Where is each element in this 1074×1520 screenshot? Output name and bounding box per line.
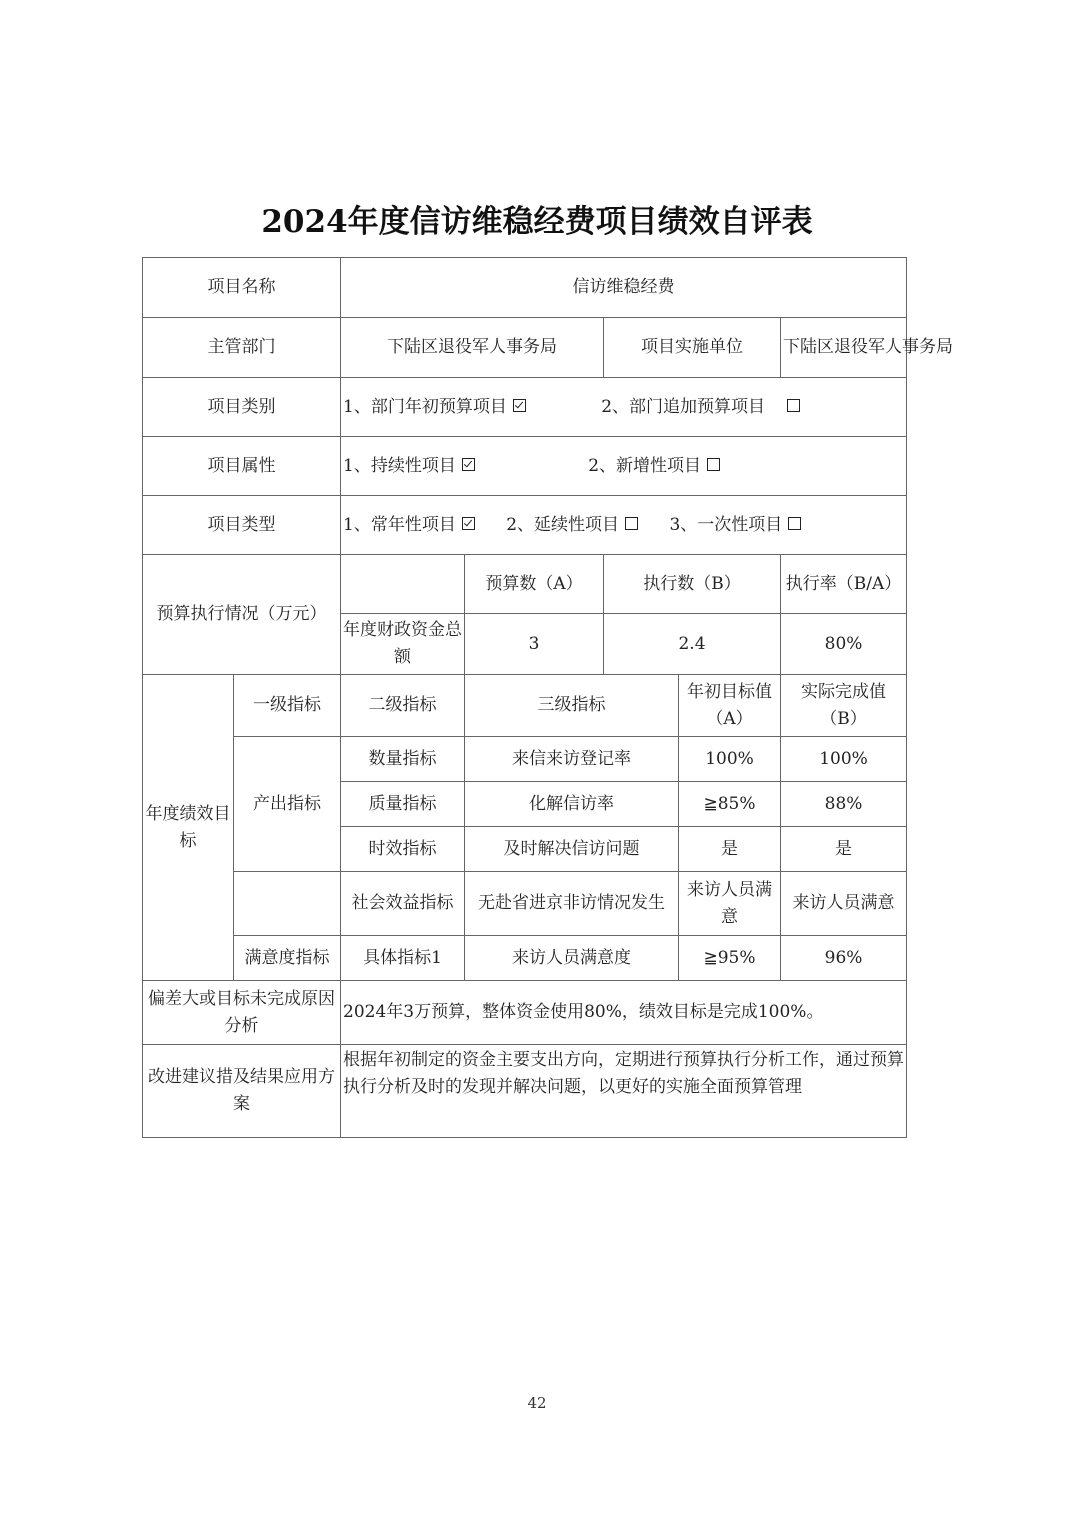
satisfaction-level3: 来访人员满意度 <box>465 936 679 981</box>
checkbox-checked-icon[interactable] <box>462 458 475 471</box>
perf-target: 是 <box>679 827 781 872</box>
perf-header-level1: 一级指标 <box>234 675 341 737</box>
perf-level3: 无赴省进京非访情况发生 <box>465 872 679 936</box>
project-name-value: 信访维稳经费 <box>341 258 907 318</box>
attribute-options: 1、持续性项目 2、新增性项目 <box>341 437 907 496</box>
checkbox-empty-icon[interactable] <box>625 517 638 530</box>
output-indicator-label: 产出指标 <box>234 737 341 872</box>
row-attribute: 项目属性 1、持续性项目 2、新增性项目 <box>143 437 907 496</box>
satisfaction-target: ≧95% <box>679 936 781 981</box>
perf-level2: 质量指标 <box>341 782 465 827</box>
budget-rate-value: 80% <box>781 614 907 675</box>
type-options: 1、常年性项目 2、延续性项目 3、一次性项目 <box>341 496 907 555</box>
page-title: 2024年度信访维稳经费项目绩效自评表 <box>0 196 1074 241</box>
perf-level2: 社会效益指标 <box>341 872 465 936</box>
perf-level2: 时效指标 <box>341 827 465 872</box>
budget-a-value: 3 <box>465 614 604 675</box>
perf-target: ≧85% <box>679 782 781 827</box>
performance-label: 年度绩效目标 <box>143 675 234 981</box>
perf-header-level3: 三级指标 <box>465 675 679 737</box>
type-option-1[interactable]: 1、常年性项目 <box>343 512 475 539</box>
improvement-label: 改进建议措及结果应用方案 <box>143 1045 341 1138</box>
perf-level3: 化解信访率 <box>465 782 679 827</box>
category-option-1[interactable]: 1、部门年初预算项目 <box>343 394 526 421</box>
satisfaction-level1: 满意度指标 <box>234 936 341 981</box>
checkbox-empty-icon[interactable] <box>787 399 800 412</box>
perf-level3: 来信来访登记率 <box>465 737 679 782</box>
row-improvement: 改进建议措及结果应用方案 根据年初制定的资金主要支出方向，定期进行预算执行分析工… <box>143 1045 907 1138</box>
checkbox-checked-icon[interactable] <box>462 517 475 530</box>
row-budget-header: 预算执行情况（万元） 预算数（A） 执行数（B） 执行率（B/A） <box>143 555 907 614</box>
satisfaction-level2: 具体指标1 <box>341 936 465 981</box>
type-option-2[interactable]: 2、延续性项目 <box>506 512 638 539</box>
perf-actual: 100% <box>781 737 907 782</box>
attribute-option-1[interactable]: 1、持续性项目 <box>343 453 475 480</box>
category-label: 项目类别 <box>143 378 341 437</box>
satisfaction-actual: 96% <box>781 936 907 981</box>
type-option-3[interactable]: 3、一次性项目 <box>669 512 801 539</box>
department-label: 主管部门 <box>143 318 341 378</box>
budget-header-rate: 执行率（B/A） <box>781 555 907 614</box>
deviation-value: 2024年3万预算，整体资金使用80%，绩效目标是完成100%。 <box>341 981 907 1045</box>
option-label: 3、一次性项目 <box>669 515 782 535</box>
budget-label: 预算执行情况（万元） <box>143 555 341 675</box>
budget-row-label: 年度财政资金总额 <box>341 614 465 675</box>
option-label: 2、新增性项目 <box>588 456 701 476</box>
option-label: 1、持续性项目 <box>343 456 456 476</box>
deviation-label: 偏差大或目标未完成原因分析 <box>143 981 341 1045</box>
impl-unit-value: 下陆区退役军人事务局 <box>781 318 907 378</box>
type-label: 项目类型 <box>143 496 341 555</box>
attribute-option-2[interactable]: 2、新增性项目 <box>588 453 720 480</box>
perf-actual: 是 <box>781 827 907 872</box>
row-category: 项目类别 1、部门年初预算项目 2、部门追加预算项目 <box>143 378 907 437</box>
budget-header-b: 执行数（B） <box>604 555 781 614</box>
checkbox-empty-icon[interactable] <box>788 517 801 530</box>
perf-row-satisfaction: 满意度指标 具体指标1 来访人员满意度 ≧95% 96% <box>143 936 907 981</box>
option-label: 2、延续性项目 <box>506 515 619 535</box>
perf-row: 产出指标 数量指标 来信来访登记率 100% 100% <box>143 737 907 782</box>
budget-b-value: 2.4 <box>604 614 781 675</box>
budget-empty-cell <box>341 555 465 614</box>
checkbox-empty-icon[interactable] <box>707 458 720 471</box>
department-value: 下陆区退役军人事务局 <box>341 318 604 378</box>
project-name-label: 项目名称 <box>143 258 341 318</box>
row-performance-header: 年度绩效目标 一级指标 二级指标 三级指标 年初目标值（A） 实际完成值（B） <box>143 675 907 737</box>
budget-header-a: 预算数（A） <box>465 555 604 614</box>
perf-target: 来访人员满意 <box>679 872 781 936</box>
self-evaluation-table: 项目名称 信访维稳经费 主管部门 下陆区退役军人事务局 项目实施单位 下陆区退役… <box>142 257 907 1138</box>
improvement-value: 根据年初制定的资金主要支出方向，定期进行预算执行分析工作，通过预算执行分析及时的… <box>341 1045 907 1138</box>
perf-actual: 来访人员满意 <box>781 872 907 936</box>
page-number: 42 <box>0 1394 1074 1412</box>
row-type: 项目类型 1、常年性项目 2、延续性项目 3、一次性项目 <box>143 496 907 555</box>
perf-level3: 及时解决信访问题 <box>465 827 679 872</box>
impl-unit-label: 项目实施单位 <box>604 318 781 378</box>
option-label: 2、部门追加预算项目 <box>601 397 765 417</box>
option-label: 1、部门年初预算项目 <box>343 397 507 417</box>
row-project-name: 项目名称 信访维稳经费 <box>143 258 907 318</box>
perf-header-actual: 实际完成值（B） <box>781 675 907 737</box>
department-value-text: 下陆区退役军人事务局 <box>387 337 557 357</box>
perf-header-target: 年初目标值（A） <box>679 675 781 737</box>
row-department: 主管部门 下陆区退役军人事务局 项目实施单位 下陆区退役军人事务局 <box>143 318 907 378</box>
perf-row: 社会效益指标 无赴省进京非访情况发生 来访人员满意 来访人员满意 <box>143 872 907 936</box>
perf-header-level2: 二级指标 <box>341 675 465 737</box>
perf-level2: 数量指标 <box>341 737 465 782</box>
row-deviation: 偏差大或目标未完成原因分析 2024年3万预算，整体资金使用80%，绩效目标是完… <box>143 981 907 1045</box>
attribute-label: 项目属性 <box>143 437 341 496</box>
category-option-2[interactable]: 2、部门追加预算项目 <box>601 394 800 421</box>
perf-target: 100% <box>679 737 781 782</box>
checkbox-checked-icon[interactable] <box>513 399 526 412</box>
option-label: 1、常年性项目 <box>343 515 456 535</box>
perf-actual: 88% <box>781 782 907 827</box>
category-options: 1、部门年初预算项目 2、部门追加预算项目 <box>341 378 907 437</box>
perf-level1-empty <box>234 872 341 936</box>
